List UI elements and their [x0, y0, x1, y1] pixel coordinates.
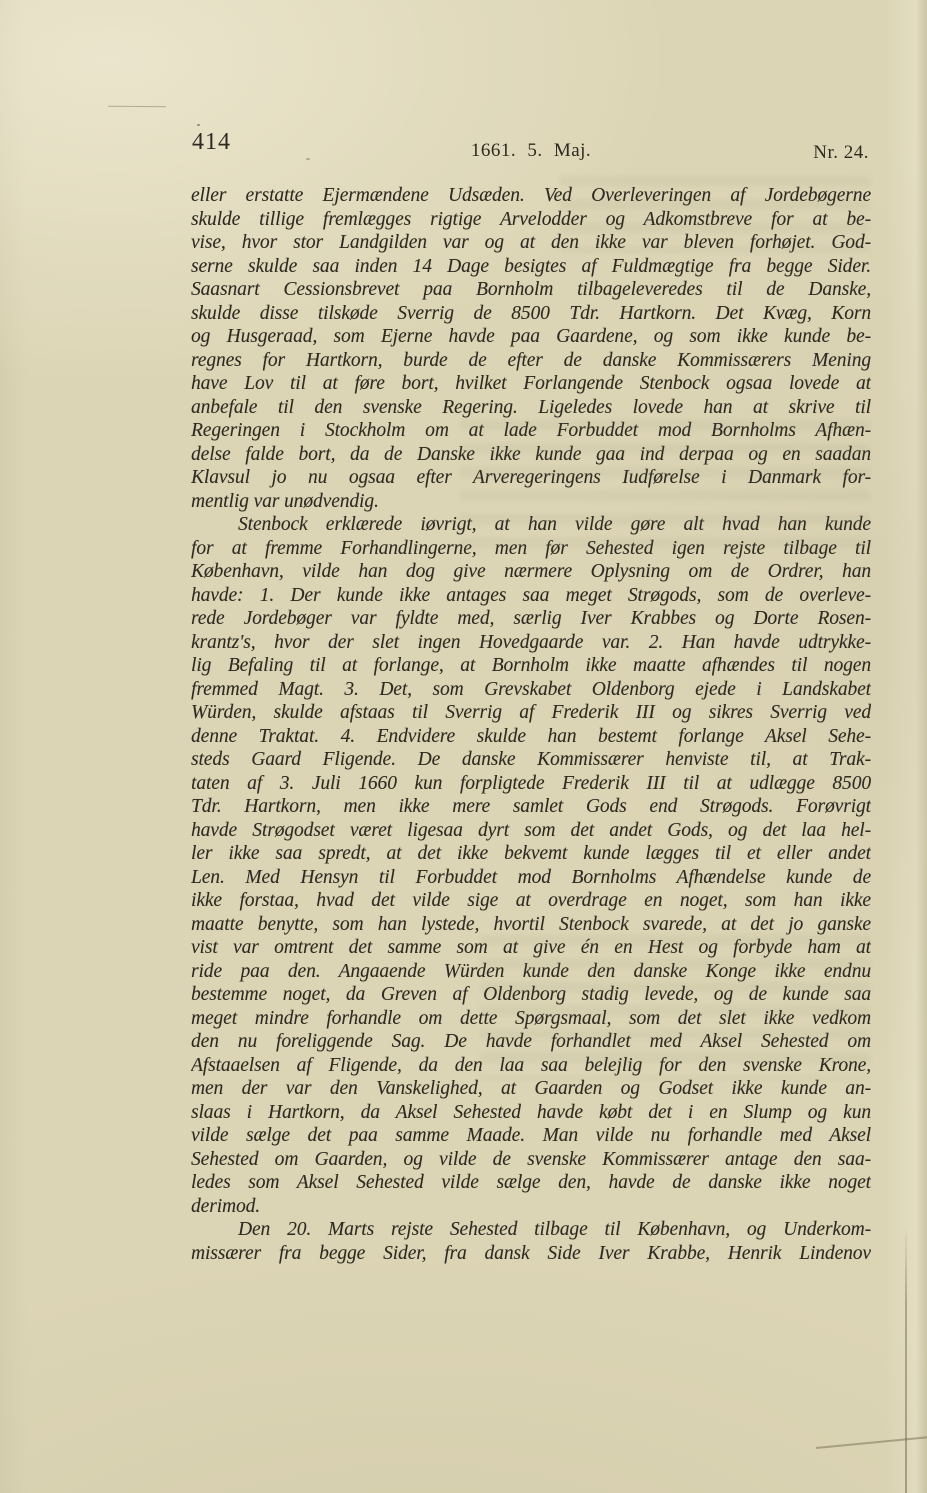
- text-line: Tdr. Hartkorn, men ikke mere samlet Gods…: [191, 795, 871, 819]
- text-line: skulde disse tilskøde Sverrig de 8500 Td…: [191, 302, 871, 326]
- text-line: serne skulde saa inden 14 Dage besigtes …: [191, 255, 871, 279]
- paragraph: Den 20. Marts rejste Sehested tilbage ti…: [191, 1218, 871, 1265]
- text-line: rede Jordebøger var fyldte med, særlig I…: [191, 607, 871, 631]
- text-line: denne Traktat. 4. Endvidere skulde han b…: [191, 725, 871, 749]
- text-line: lig Befaling til at forlange, at Bornhol…: [191, 654, 871, 678]
- text-line: anbefale til den svenske Regering. Ligel…: [191, 396, 871, 420]
- text-line: Sehested om Gaarden, og vilde de svenske…: [191, 1148, 871, 1172]
- show-through-smudge: [480, 935, 870, 1080]
- text-line: fremmed Magt. 3. Det, som Grevskabet Old…: [191, 678, 871, 702]
- text-line: ledes som Aksel Sehested vilde sælge den…: [191, 1171, 871, 1195]
- page-body: eller erstatte Ejermændene Udsæden. Ved …: [191, 184, 871, 1265]
- running-head-date: 1661. 5. Maj.: [191, 140, 871, 162]
- text-line: havde Strøgodset været ligesaa dyrt som …: [191, 819, 871, 843]
- text-line: steds Gaard Fligende. De danske Kommissæ…: [191, 748, 871, 772]
- text-line: men der var den Vanskelighed, at Gaarden…: [191, 1077, 871, 1101]
- ink-speck: [197, 124, 200, 126]
- text-line: havde: 1. Der kunde ikke antages saa meg…: [191, 584, 871, 608]
- book-page-scan: 414 1661. 5. Maj. Nr. 24. eller erstatte…: [0, 0, 927, 1493]
- paragraph: Stenbock erklærede iøvrigt, at han vilde…: [191, 513, 871, 1218]
- text-line: Saasnart Cessionsbrevet paa Bornholm til…: [191, 278, 871, 302]
- page-edge-line: [905, 1225, 907, 1493]
- show-through-smudge: [460, 420, 870, 560]
- text-line: vilde sælge det paa samme Maade. Man vil…: [191, 1124, 871, 1148]
- text-line: Len. Med Hensyn til Forbuddet mod Bornho…: [191, 866, 871, 890]
- text-line: Den 20. Marts rejste Sehested tilbage ti…: [191, 1218, 871, 1242]
- page-crease-line: [816, 1436, 927, 1448]
- text-line: derimod.: [191, 1195, 871, 1219]
- text-line: maatte benytte, som han lystede, hvortil…: [191, 913, 871, 937]
- text-line: og Husgeraad, som Ejerne havde paa Gaard…: [191, 325, 871, 349]
- text-line: Würden, skulde afstaas til Sverrig af Fr…: [191, 701, 871, 725]
- text-line: regnes for Hartkorn, burde de efter de d…: [191, 349, 871, 373]
- text-line: København, vilde han dog give nærmere Op…: [191, 560, 871, 584]
- text-line: missærer fra begge Sider, fra dansk Side…: [191, 1242, 871, 1266]
- text-line: taten af 3. Juli 1660 kun forpligtede Fr…: [191, 772, 871, 796]
- ink-speck: [306, 158, 310, 160]
- text-line: ikke forstaa, hvad det vilde sige at ove…: [191, 889, 871, 913]
- running-head-folio: Nr. 24.: [813, 142, 869, 164]
- text-line: slaas i Hartkorn, da Aksel Sehested havd…: [191, 1101, 871, 1125]
- text-line: krantz's, hvor der slet ingen Hovedgaard…: [191, 631, 871, 655]
- show-through-smudge: [560, 176, 870, 252]
- text-line: have Lov til at føre bort, hvilket Forla…: [191, 372, 871, 396]
- text-line: ler ikke saa spredt, at det ikke bekvemt…: [191, 842, 871, 866]
- scan-scratch-mark: [108, 106, 166, 108]
